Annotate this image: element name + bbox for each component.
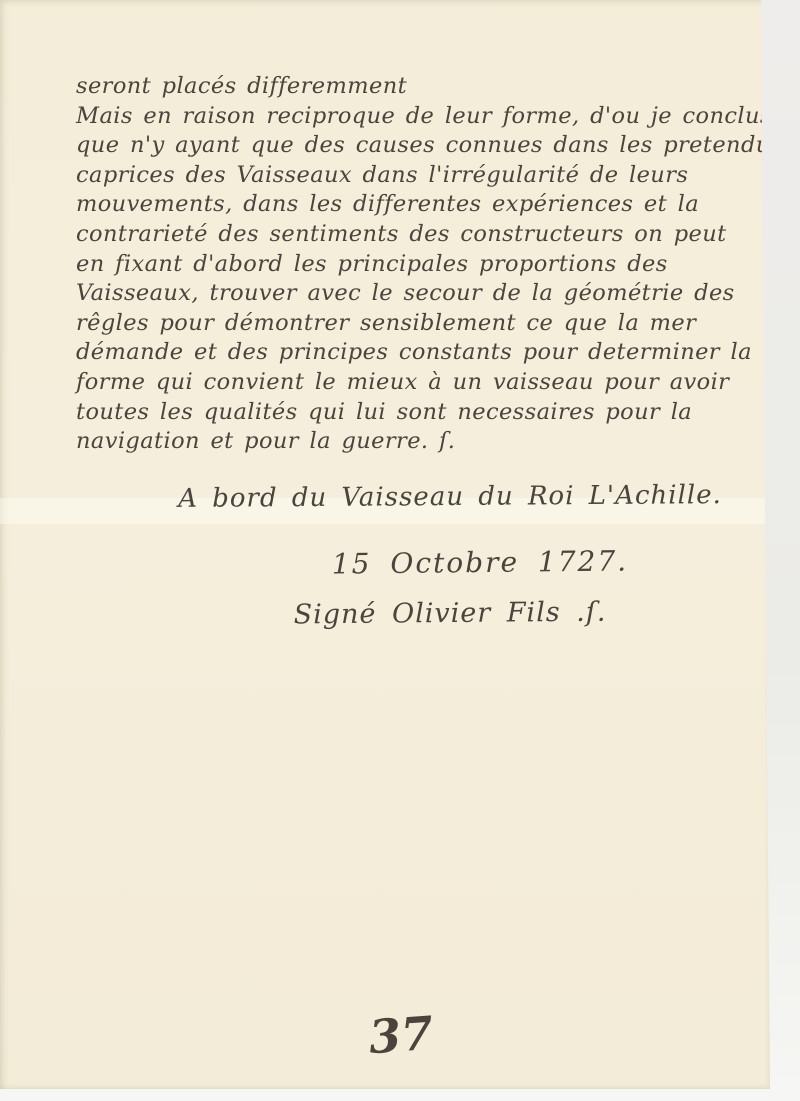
manuscript-line: en fixant d'abord les principales propor…	[76, 250, 744, 280]
manuscript-line: mouvements, dans les differentes expérie…	[76, 190, 744, 220]
closing-date-line: 15 Octobre 1727.	[180, 543, 780, 582]
manuscript-paper: seront placés differemment Mais en raiso…	[0, 0, 770, 1089]
closing-signature-line: Signé Olivier Fils .ſ.	[150, 595, 750, 631]
manuscript-line: toutes les qualités qui lui sont necessa…	[76, 398, 744, 428]
closing-location-line: A bord du Vaisseau du Roi L'Achille.	[150, 480, 750, 514]
scanned-page-background: seront placés differemment Mais en raiso…	[0, 0, 800, 1101]
manuscript-line: forme qui convient le mieux à un vaissea…	[76, 368, 744, 398]
manuscript-line: que n'y ayant que des causes connues dan…	[76, 131, 744, 161]
manuscript-line: seront placés differemment	[76, 72, 744, 102]
manuscript-line: Vaisseaux, trouver avec le secour de la …	[76, 279, 744, 309]
manuscript-paragraph: seront placés differemment Mais en raiso…	[76, 72, 744, 457]
manuscript-line: rêgles pour démontrer sensiblement ce qu…	[76, 309, 744, 339]
manuscript-line: caprices des Vaisseaux dans l'irrégulari…	[76, 161, 744, 191]
manuscript-line: contrarieté des sentiments des construct…	[76, 220, 744, 250]
manuscript-line: démande et des principes constants pour …	[76, 338, 744, 368]
manuscript-line: navigation et pour la guerre. ſ.	[76, 427, 744, 457]
page-number: 37	[354, 1005, 448, 1065]
manuscript-line: Mais en raison reciproque de leur forme,…	[76, 102, 744, 132]
